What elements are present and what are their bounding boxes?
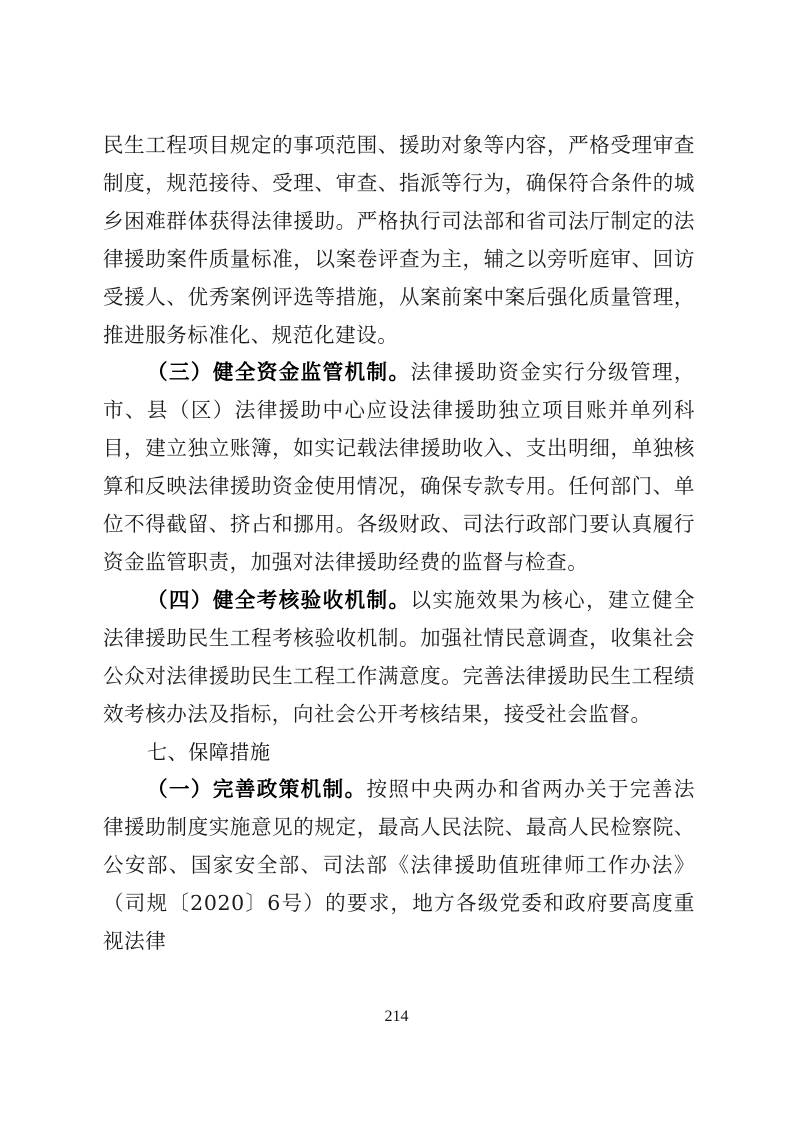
document-body: 民生工程项目规定的事项范围、援助对象等内容，严格受理审查制度，规范接待、受理、审… — [103, 127, 695, 961]
paragraph-continuation: 民生工程项目规定的事项范围、援助对象等内容，严格受理审查制度，规范接待、受理、审… — [103, 127, 695, 354]
section-heading-safeguards: 七、保障措施 — [103, 734, 695, 772]
paragraph-text: 按照中央两办和省两办关于完善法律援助制度实施意见的规定，最高人民法院、最高人民检… — [103, 777, 695, 953]
subsection-heading-policy: （一）完善政策机制。 — [147, 777, 367, 801]
paragraph-policy: （一）完善政策机制。按照中央两办和省两办关于完善法律援助制度实施意见的规定，最高… — [103, 771, 695, 961]
paragraph-assessment: （四）健全考核验收机制。以实施效果为核心，建立健全法律援助民生工程考核验收机制。… — [103, 582, 695, 734]
subsection-heading-fund-supervision: （三）健全资金监管机制。 — [147, 360, 410, 384]
paragraph-text: 法律援助资金实行分级管理，市、县（区）法律援助中心应设法律援助独立项目账并单列科… — [103, 360, 695, 574]
page-number: 214 — [0, 1008, 793, 1026]
document-page: 民生工程项目规定的事项范围、援助对象等内容，严格受理审查制度，规范接待、受理、审… — [0, 0, 793, 1122]
subsection-heading-assessment: （四）健全考核验收机制。 — [147, 588, 410, 612]
paragraph-fund-supervision: （三）健全资金监管机制。法律援助资金实行分级管理，市、县（区）法律援助中心应设法… — [103, 354, 695, 581]
